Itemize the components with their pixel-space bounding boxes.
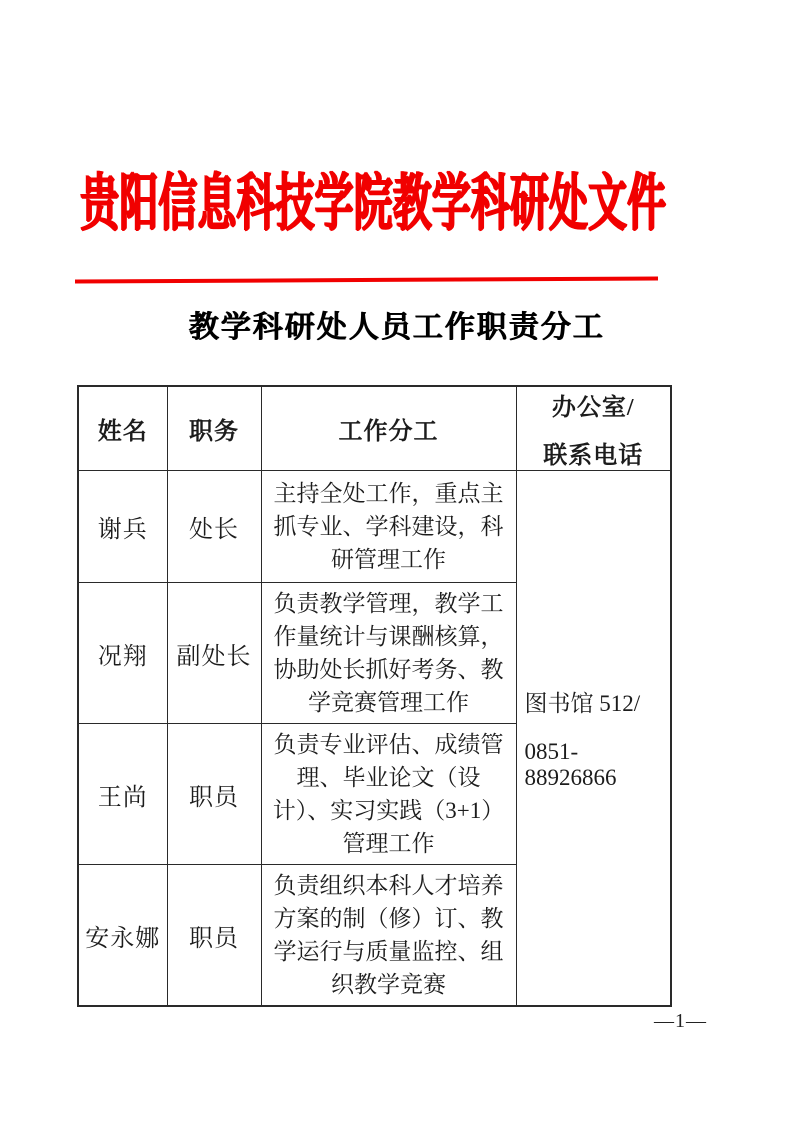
- table-row: 谢兵 处长 主持全处工作，重点主抓专业、学科建设，科研管理工作 图书馆 512/…: [78, 471, 671, 583]
- document-header-title: 贵阳信息科技学院教学科研处文件: [190, 166, 558, 242]
- name-cell: 况翔: [78, 583, 167, 724]
- position-cell: 职员: [167, 865, 261, 1007]
- duties-cell: 主持全处工作，重点主抓专业、学科建设，科研管理工作: [261, 471, 516, 583]
- position-cell: 处长: [167, 471, 261, 583]
- position-cell: 副处长: [167, 583, 261, 724]
- header-office-line1: 办公室/: [517, 387, 671, 422]
- duties-cell: 负责专业评估、成绩管理、毕业论文（设计）、实习实践（3+1）管理工作: [261, 724, 516, 865]
- header-cell-position: 职务: [167, 386, 261, 471]
- table-header-row: 姓名 职务 工作分工 办公室/ 联系电话: [78, 386, 671, 471]
- name-cell: 安永娜: [78, 865, 167, 1007]
- name-cell: 谢兵: [78, 471, 167, 583]
- red-divider-line: [75, 276, 658, 283]
- staff-duty-table: 姓名 职务 工作分工 办公室/ 联系电话 谢兵 处长 主持全处工作，重点主抓专业…: [77, 385, 672, 1007]
- duties-cell: 负责组织本科人才培养方案的制（修）订、教学运行与质量监控、组织教学竞赛: [261, 865, 516, 1007]
- document-page: { "document": { "header_title": "贵阳信息科技学…: [0, 0, 793, 1122]
- name-cell: 王尚: [78, 724, 167, 865]
- position-cell: 职员: [167, 724, 261, 865]
- header-cell-duties: 工作分工: [261, 386, 516, 471]
- office-location: 图书馆 512/: [525, 685, 671, 718]
- header-cell-name: 姓名: [78, 386, 167, 471]
- office-phone-cell: 图书馆 512/ 0851-88926866: [516, 471, 671, 1007]
- document-subtitle: 教学科研处人员工作职责分工: [0, 302, 793, 346]
- office-phone: 0851-88926866: [525, 739, 671, 791]
- header-cell-office-phone: 办公室/ 联系电话: [516, 386, 671, 471]
- page-number: —1—: [654, 1010, 707, 1033]
- header-office-line2: 联系电话: [517, 435, 671, 470]
- duties-cell: 负责教学管理，教学工作量统计与课酬核算，协助处长抓好考务、教学竞赛管理工作: [261, 583, 516, 724]
